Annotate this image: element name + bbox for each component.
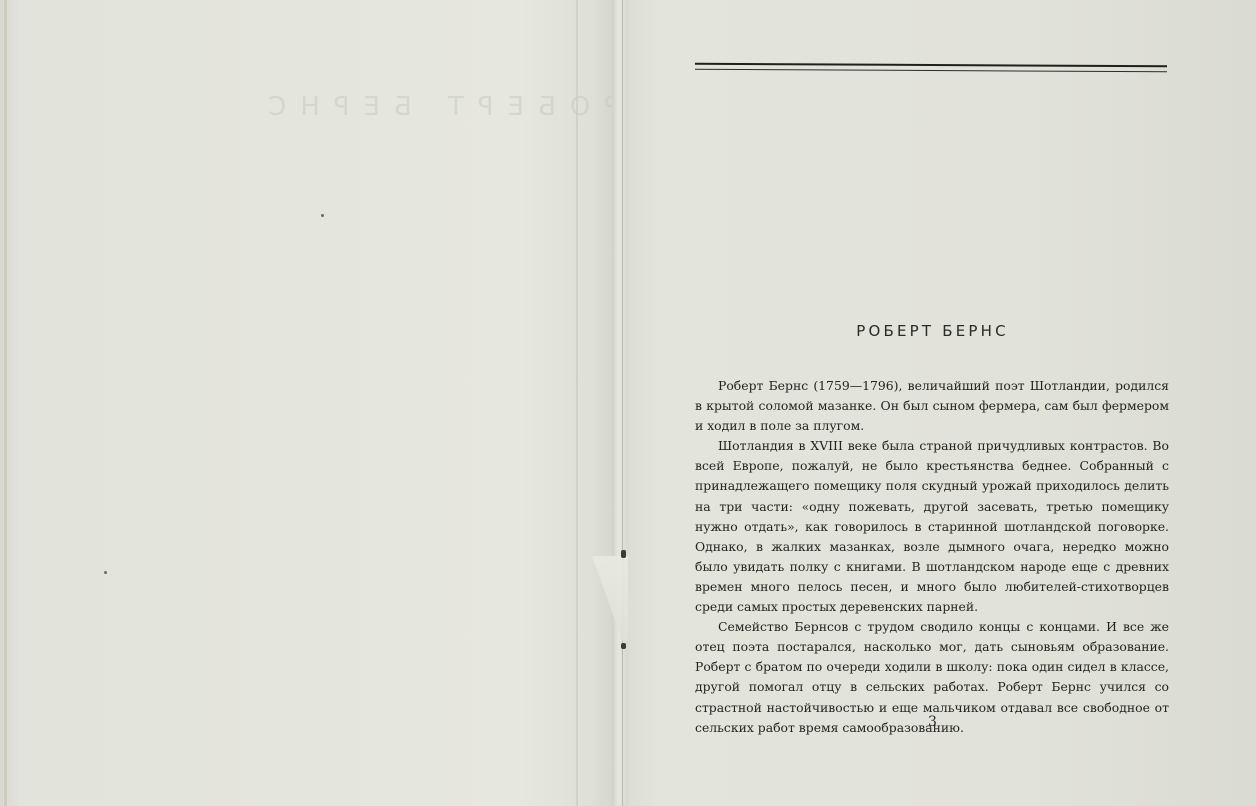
book-gutter: [612, 0, 628, 806]
body-text: Роберт Бернс (1759—1796), величайший поэ…: [695, 376, 1169, 738]
chapter-title: РОБЕРТ БЕРНС: [700, 322, 1165, 340]
paper-speck: [321, 214, 324, 217]
staple-icon: [621, 550, 626, 558]
paragraph: Шотландия в XVIII веке была страной прич…: [695, 436, 1169, 617]
left-page: РОБЕРТ БЕРНС: [0, 0, 612, 806]
bleed-through-text: РОБЕРТ БЕРНС: [80, 92, 620, 122]
paper-speck: [104, 571, 107, 574]
book-spread: РОБЕРТ БЕРНС РОБЕРТ БЕРНС Роберт Бернс (…: [0, 0, 1256, 806]
paragraph: Роберт Бернс (1759—1796), величайший поэ…: [695, 376, 1169, 436]
page-number: 3: [700, 714, 1165, 730]
staple-icon: [621, 643, 626, 649]
page-edge: [4, 0, 7, 806]
binding-line: [622, 0, 623, 806]
